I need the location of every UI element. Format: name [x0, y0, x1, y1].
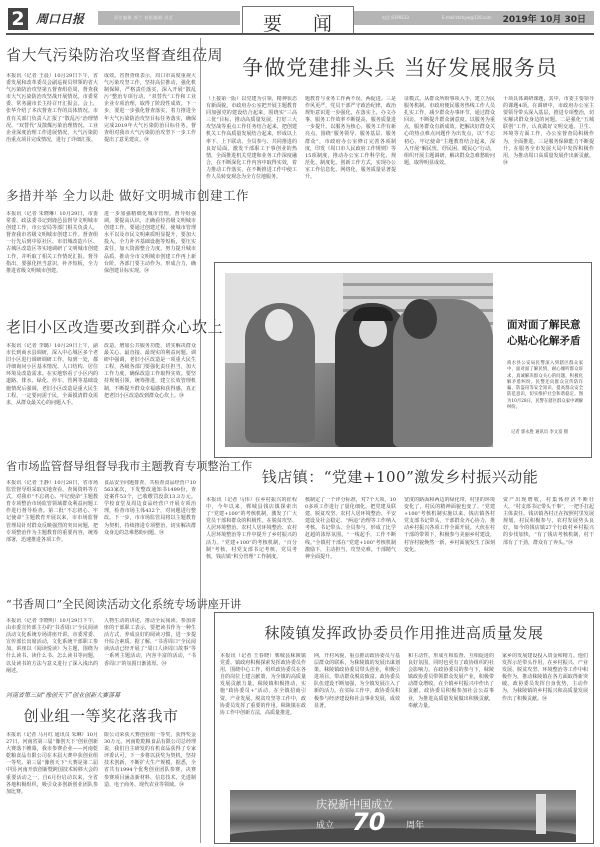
- article-reading-campaign: “书香周口”全民阅读活动文化系统专场讲座开讲 本报讯（记者 李晓明）10月29日…: [6, 596, 196, 678]
- article-col: 本报讯（记者 李璐）10月29日上午，副市长到商水县调研，深入中心城区多个老旧小…: [6, 343, 98, 455]
- section-label: 要 闻: [242, 6, 354, 34]
- caption-line-1: 面对面了解民意: [507, 317, 587, 333]
- article-startup-award: 河南省第三届“豫创天下”创业创新大赛落幕 创业组一等奖花落我市 本报讯（记者 马…: [6, 690, 196, 836]
- headline: 老旧小区改造要改到群众心坎上: [6, 316, 196, 337]
- article-market-supervision: 省市场监管督导组督导我市主题教育专项整治工作 本报讯（记者 王静）10月28日，…: [6, 458, 196, 590]
- page-number: 2: [8, 8, 28, 30]
- article-col: 证模式。从群众所盼事项入手，建立为民服务机制。市政府便民服务热线工作人员扎实工作…: [404, 96, 495, 274]
- article-col: 题教育与业务工作两不误、两促进。三是作风更严，党员干部严守政治纪律，政治规矩意识…: [305, 96, 396, 274]
- article-col: 本报讯（记者 王春晓）郸城县秣陵镇党委、镇政府积极探索发挥政协委员作用，围绕中心…: [220, 653, 306, 779]
- lead-article: 争做党建排头兵 当好发展服务员 （上接第一版）以党建为引领，精神状态有新面貌。市…: [206, 52, 594, 274]
- masthead-logo: 周口日报: [36, 10, 84, 27]
- article-col: 资产出现增收，村集体经济不断壮大。“村支部书记带头干事”，一把手扛起主体责任。钱…: [503, 497, 594, 615]
- photo-credit: 记者 郭永胜 通讯员 李文富 摄: [511, 429, 568, 435]
- headline: 省大气污染防治攻坚督查组莅周: [6, 44, 196, 65]
- article-col: 本报讯（记者 马伟）在乡村振兴的征程中，今年以来，郸城县钱店镇探索出了“党建+1…: [206, 497, 297, 615]
- article-col: 网，开村风貌，重点推动政协委员与基层群众的联系，为秣陵镇的发展出谋划策。秣陵镇政…: [314, 653, 400, 779]
- article-civilized-city: 多措并举 全力以赴 做好文明城市创建工作 本报讯（记者 朱晓琳）10月29日，市…: [6, 186, 196, 319]
- headline: 秣陵镇发挥政协委员作用推进高质量发展: [220, 622, 588, 643]
- photo-woman-figure: [245, 303, 315, 443]
- headline: 多措并举 全力以赴 做好文明城市创建工作: [6, 186, 196, 204]
- headline: 省市场监管督导组督导我市主题教育专项整治工作: [6, 458, 196, 474]
- banner-line-3: 周年: [406, 818, 424, 831]
- page-header: 2 周口日报 责任编辑 郭兰 校版编辑 苏艺 要 闻 电话 8199133 E-…: [0, 0, 600, 34]
- anniversary-banner: 庆祝新中国成立 成立 70 周年: [230, 790, 576, 842]
- photo-feature: 面对面了解民意 心贴心化解矛盾 商水县公安局民警深入到辖区群众家中，面对面了解民…: [214, 262, 592, 458]
- article-col: 家乡的发展建设投入资金和精力。他们发挥示范带头作用，在乡村振兴、产业发展、脱贫攻…: [502, 653, 588, 779]
- article-col: 成效。省督查组表示，周口市高度重视大气污染攻坚工作，坚持高位推动，强化机制保障，…: [104, 73, 196, 195]
- header-rule: [6, 33, 594, 35]
- banner-number: 70: [352, 808, 385, 836]
- headline: 钱店镇：“党建+100”激发乡村振兴动能: [206, 466, 594, 487]
- info-bar: 电话 8199133 E-mail:zkrbyw@126.com 2019年 1…: [354, 11, 594, 25]
- headline: “书香周口”全民阅读活动文化系统专场讲座开讲: [6, 596, 196, 612]
- article-col: 限公司荣获大赛创业组一等奖，获得奖金30万元。河南乾乾粮食品有限公司总经理说，我…: [104, 732, 196, 836]
- section-char-2: 闻: [313, 9, 332, 36]
- lead-headline: 争做党建排头兵 当好发展服务员: [206, 52, 594, 82]
- photo-caption-body: 商水县公安局民警深入到辖区群众家中，面对面了解民情，耐心倾听群众诉求，真诚解决群…: [507, 361, 583, 411]
- article-col: 本报讯（记者 李晓明）10月29日下午，由市委宣传部主办的“书香周口”全民阅读活…: [6, 618, 98, 678]
- article-col: 本报讯（记者 王静）10月28日，省市场监管督导组采取实地查看、查阅资料等方式，…: [6, 480, 98, 590]
- headline: 创业组一等奖花落我市: [6, 705, 196, 726]
- banner-line-2: 成立: [316, 818, 334, 831]
- caption-line-2: 心贴心化解矛盾: [507, 333, 587, 349]
- article-col: 宽度的路面和两边的绿化带，村里的环境变化了，村民的精神面貌也变了。“党建+100…: [404, 497, 495, 615]
- article-col: 核制定了一个评分标准，对7个大项，100多项工作进行了量化细化。把党建及联建、脱…: [305, 497, 396, 615]
- article-col: 人物生动的讲述，推动全民阅读。参加讲座的干部职工表示，要把读书作为一种生活方式，…: [104, 618, 196, 678]
- article-col: 食品安全问题排查，共检查食品经营户10563家次，下发整改通知书1499份，查处…: [104, 480, 196, 590]
- article-qiandian: 钱店镇：“党建+100”激发乡村振兴动能 本报讯（记者 马伟）在乡村振兴的征程中…: [206, 466, 594, 615]
- pagoda-icon: [536, 794, 546, 834]
- section-char-1: 要: [263, 9, 282, 36]
- article-col: 本报讯（记者 王晨）10月29日下午，省委发展和改革委员会副巡视员带领的省大气污…: [6, 73, 98, 195]
- editor-bar: 责任编辑 郭兰 校版编辑 苏艺: [98, 11, 240, 25]
- article-molingzhen: 秣陵镇发挥政协委员作用推进高质量发展 本报讯（记者 王春晓）郸城县秣陵镇党委、镇…: [220, 622, 588, 779]
- article-col: 十项具体调研课题，其中，市委主要领导的课题4项。在调研中，市政府办公室主要领导带…: [503, 96, 594, 274]
- news-photo: [225, 273, 493, 447]
- issue-date: 2019年 10月 30日: [503, 12, 586, 25]
- article-air-pollution: 省大气污染防治攻坚督查组莅周 本报讯（记者 王晨）10月29日下午，省委发展和改…: [6, 44, 196, 195]
- editor-credits: 责任编辑 郭兰 校版编辑 苏艺: [114, 15, 173, 21]
- article-col: 改造，增加公共服务功能，切实解决群众最关心、最直接、最现实的利益问题。调研中强调…: [104, 343, 196, 455]
- article-col: 进一步加强精细化城市管理。督导组强调，要提高认识，正确看待省级文明城市创建工作。…: [104, 211, 196, 319]
- article-col: 和主动性，形成互相监督、互相促进的良好氛围，同时也更有了政协组织的社会影响力。在…: [408, 653, 494, 779]
- photo-man-figure: [393, 299, 493, 447]
- hotline: 电话 8199133: [382, 15, 409, 21]
- photo-caption-title: 面对面了解民意 心贴心化解矛盾: [507, 317, 587, 349]
- article-old-community: 老旧小区改造要改到群众心坎上 本报讯（记者 李璐）10月29日上午，副市长到商水…: [6, 316, 196, 455]
- article-col: 本报讯（记者 朱晓琳）10月29日，市委常委、政法委书记到鹿邑县督导文明城市创建…: [6, 211, 98, 319]
- column-divider: [200, 38, 201, 843]
- article-col: 本报讯（记者 马月红 通讯员 朱琳）10月27日，河南省第三届“豫创天下”创业创…: [6, 732, 98, 836]
- email: E-mail:zkrbyw@126.com: [442, 15, 492, 20]
- article-col: （上接第一版）以党建为引领，精神状态有新面貌。市政府办公室把开展主题教育同加强党…: [206, 96, 297, 274]
- kicker: 河南省第三届“豫创天下”创业创新大赛落幕: [6, 690, 196, 699]
